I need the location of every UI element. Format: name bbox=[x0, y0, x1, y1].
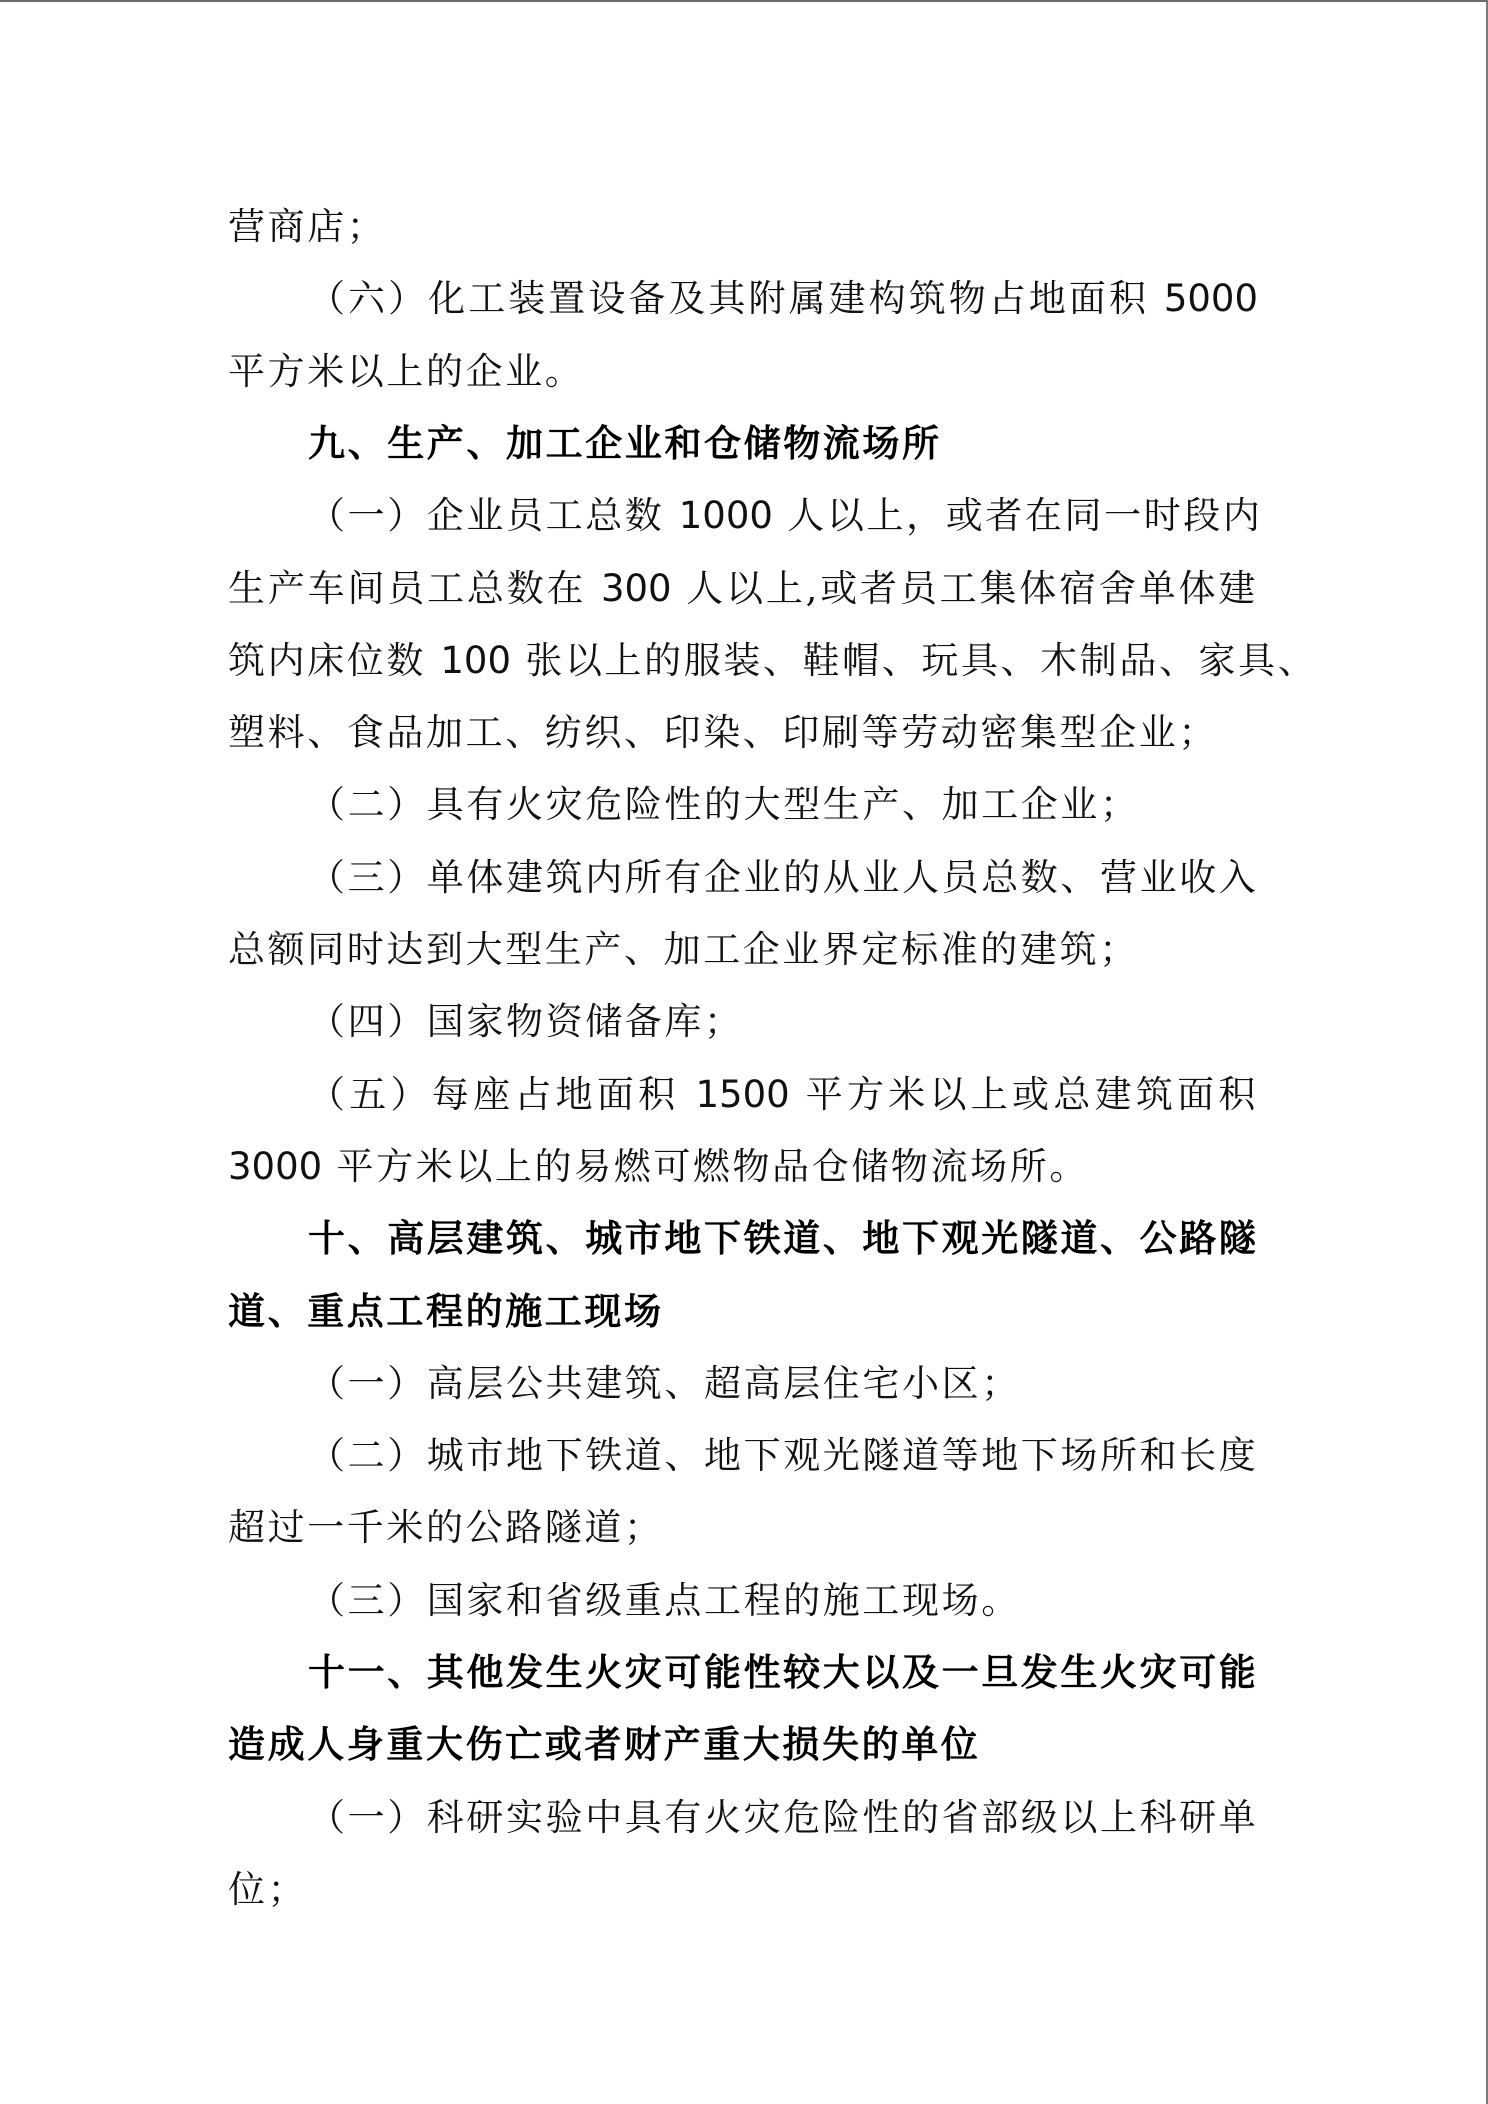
section-heading-10-cont: 道、重点工程的施工现场 bbox=[228, 1276, 1258, 1348]
body-line: 塑料、食品加工、纺织、印染、印刷等劳动密集型企业； bbox=[228, 697, 1258, 769]
item-three-single-building: （三）单体建筑内所有企业的从业人员总数、营业收入 bbox=[308, 842, 1258, 914]
numeric-value: 1000 bbox=[679, 494, 773, 537]
item-one-research-units: （一）科研实验中具有火灾危险性的省部级以上科研单 bbox=[308, 1782, 1258, 1854]
body-line: 平方米以上的企业。 bbox=[228, 336, 1258, 408]
body-line: 位； bbox=[228, 1854, 1258, 1926]
document-page: 营商店； （六）化工装置设备及其附属建构筑物占地面积 5000 平方米以上的企业… bbox=[0, 0, 1488, 2104]
numeric-value: 100 bbox=[440, 639, 511, 682]
item-one-high-rise: （一）高层公共建筑、超高层住宅小区； bbox=[308, 1348, 1258, 1420]
section-heading-11: 十一、其他发生火灾可能性较大以及一旦发生火灾可能 bbox=[308, 1637, 1258, 1709]
section-heading-11-cont: 造成人身重大伤亡或者财产重大损失的单位 bbox=[228, 1709, 1258, 1781]
item-two-large-production: （二）具有火灾危险性的大型生产、加工企业； bbox=[308, 769, 1258, 841]
numeric-value: 5000 bbox=[1164, 277, 1258, 320]
item-one-labor-intensive: （一）企业员工总数 1000 人以上，或者在同一时段内 bbox=[308, 480, 1258, 552]
item-six-chemical-facilities: （六）化工装置设备及其附属建构筑物占地面积 5000 bbox=[308, 263, 1258, 335]
numeric-value: 300 bbox=[601, 567, 672, 610]
body-line: 总额同时达到大型生产、加工企业界定标准的建筑； bbox=[228, 914, 1258, 986]
item-three-key-projects: （三）国家和省级重点工程的施工现场。 bbox=[308, 1565, 1258, 1637]
item-four-reserve-depot: （四）国家物资储备库； bbox=[308, 986, 1258, 1058]
section-heading-9: 九、生产、加工企业和仓储物流场所 bbox=[308, 408, 1258, 480]
item-five-warehouse-logistics: （五）每座占地面积 1500 平方米以上或总建筑面积 bbox=[308, 1059, 1258, 1131]
body-line: 筑内床位数 100 张以上的服装、鞋帽、玩具、木制品、家具、 bbox=[228, 625, 1258, 697]
numeric-value: 3000 bbox=[228, 1145, 322, 1188]
body-line: 生产车间员工总数在 300 人以上,或者员工集体宿舍单体建 bbox=[228, 553, 1258, 625]
body-line-continuation: 营商店； bbox=[228, 191, 1258, 263]
body-line: 超过一千米的公路隧道； bbox=[228, 1492, 1258, 1564]
item-two-underground: （二）城市地下铁道、地下观光隧道等地下场所和长度 bbox=[308, 1420, 1258, 1492]
body-line: 3000 平方米以上的易燃可燃物品仓储物流场所。 bbox=[228, 1131, 1258, 1203]
numeric-value: 1500 bbox=[695, 1073, 789, 1116]
section-heading-10: 十、高层建筑、城市地下铁道、地下观光隧道、公路隧 bbox=[308, 1203, 1258, 1275]
